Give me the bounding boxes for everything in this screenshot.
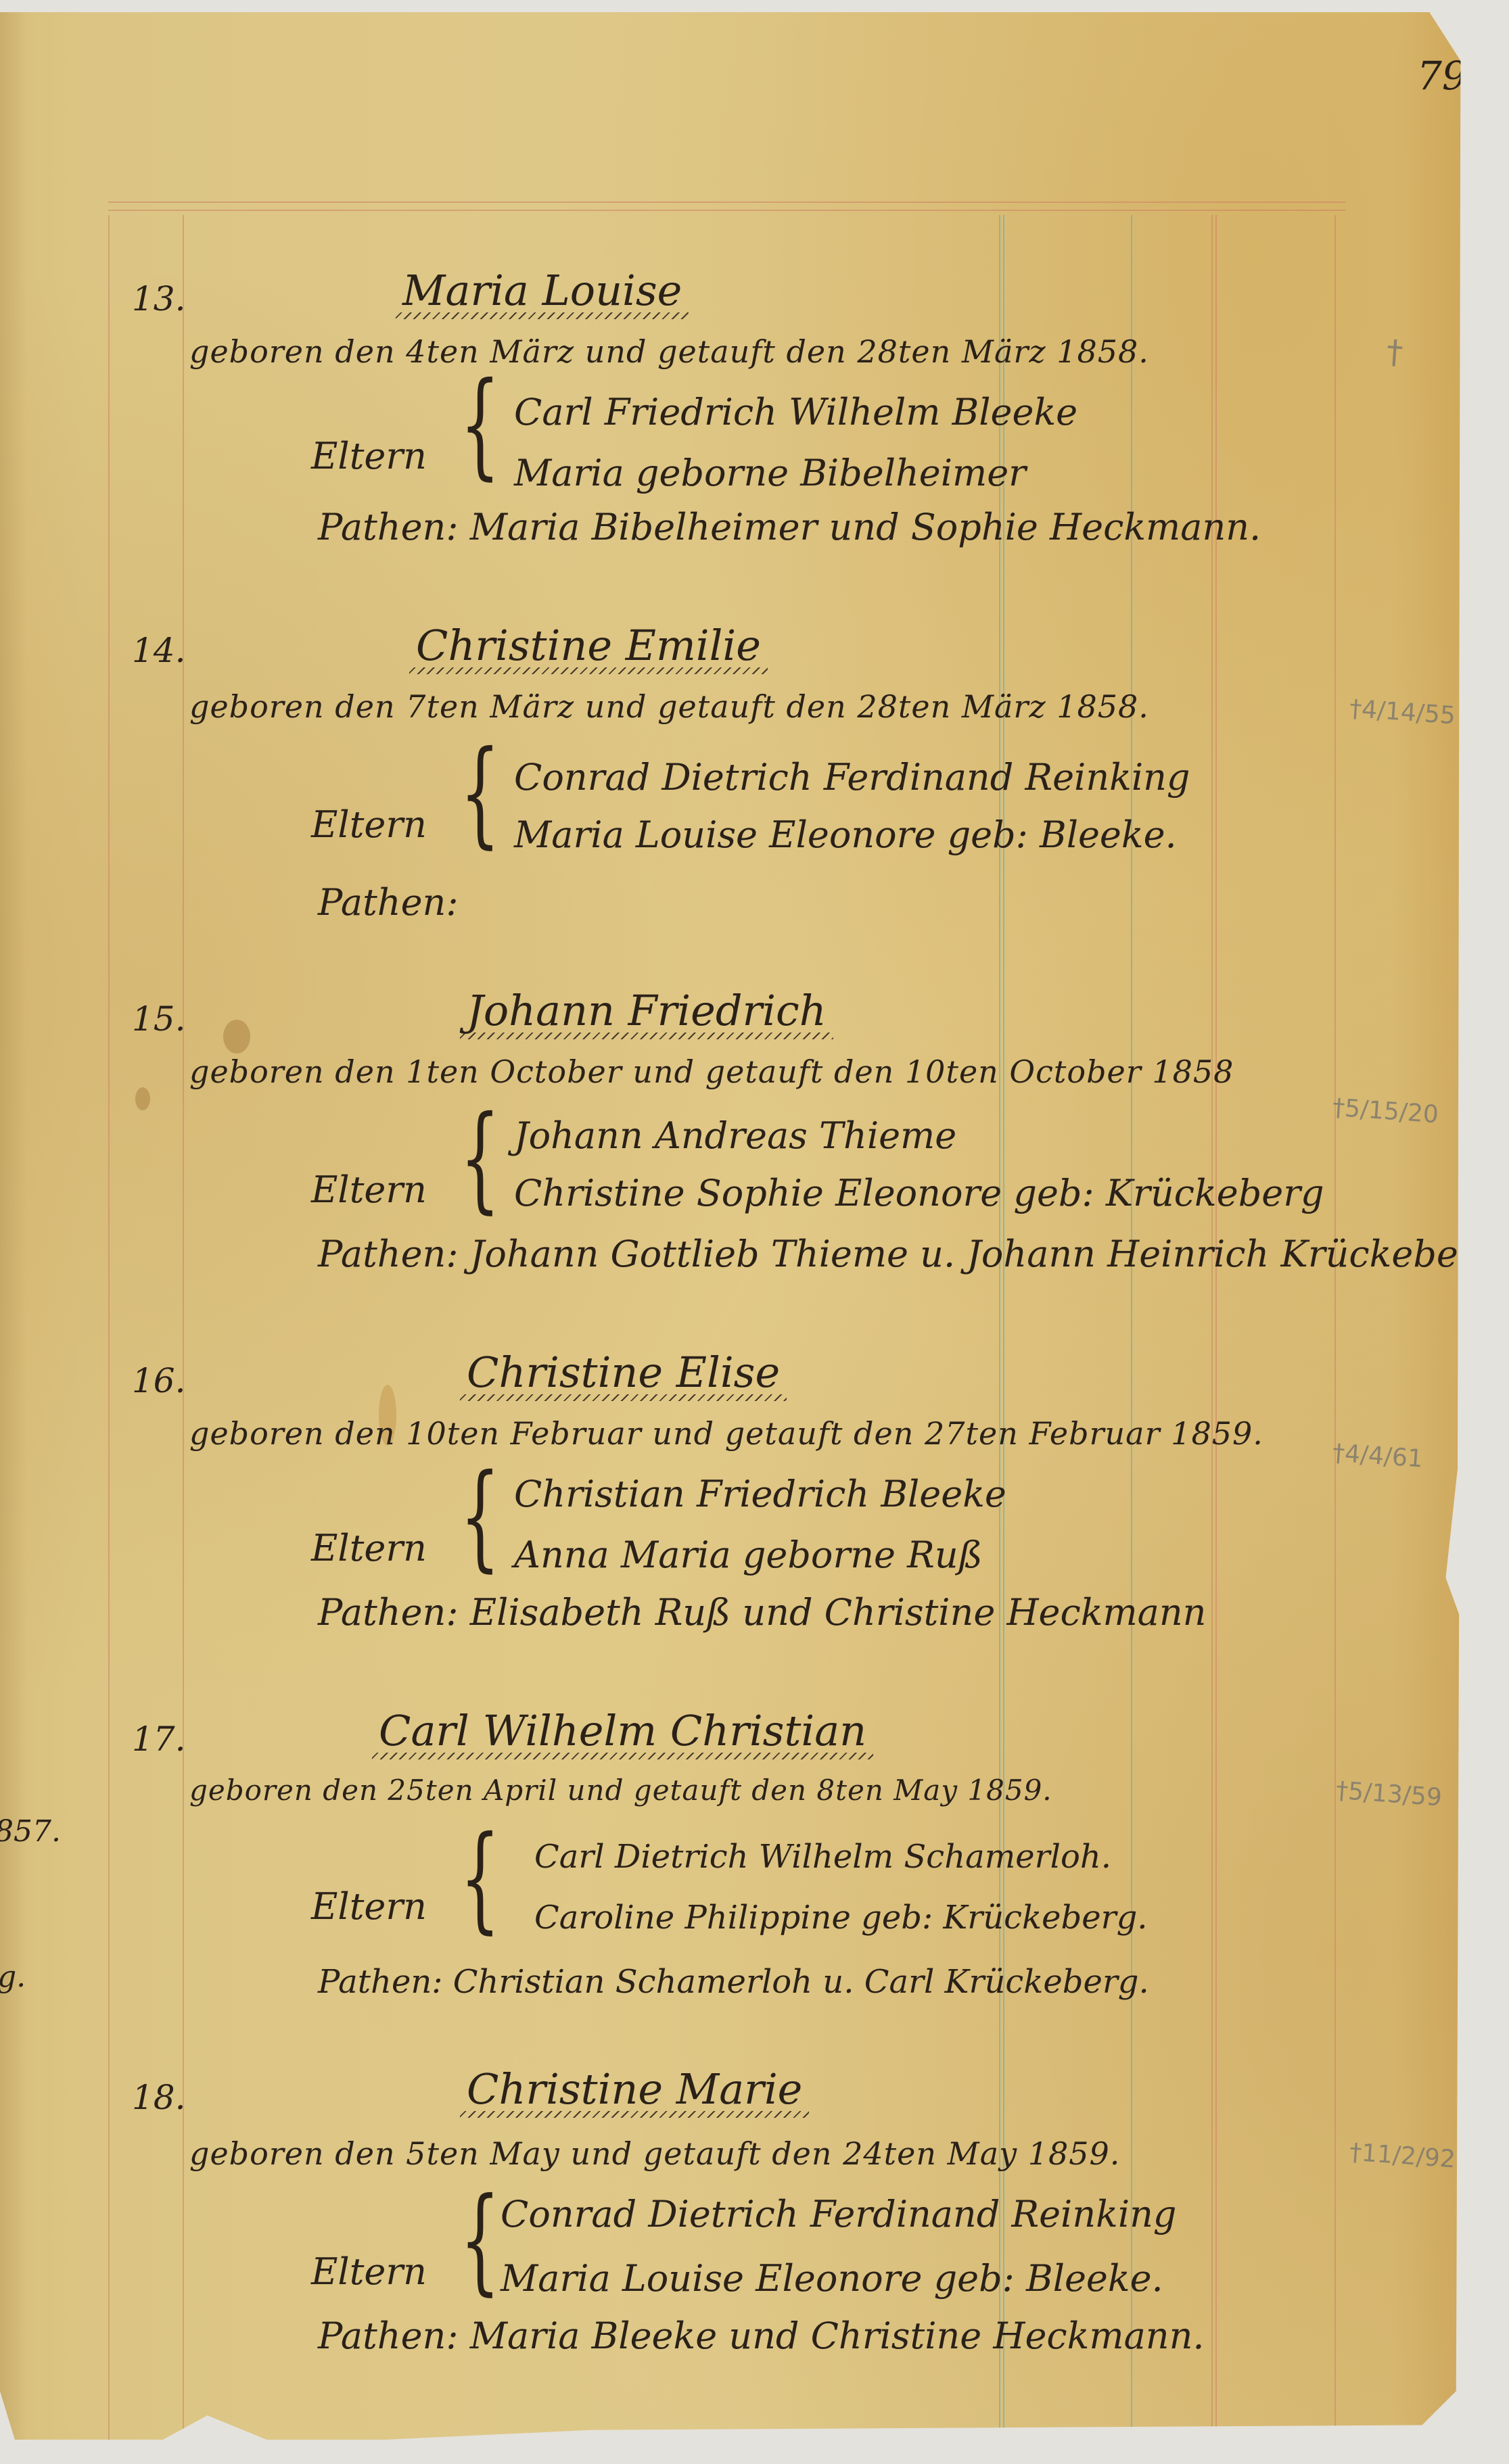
brace: { bbox=[460, 2183, 500, 2298]
stain bbox=[135, 1087, 150, 1110]
mother-name: Maria Louise Eleonore geb: Bleeke. bbox=[514, 813, 1177, 856]
brace: { bbox=[460, 736, 500, 851]
sponsors-line: Pathen: Maria Bleeke und Christine Heckm… bbox=[318, 2315, 1205, 2357]
death-note: †11/2/92 bbox=[1349, 2139, 1456, 2174]
sponsors-names: Maria Bleeke und Christine Heckmann. bbox=[470, 2315, 1205, 2357]
entry-number: 17. bbox=[132, 1720, 186, 1759]
parents-label: Eltern bbox=[311, 2250, 427, 2293]
sponsors-line: Pathen: Johann Gottlieb Thieme u. Johann… bbox=[318, 1233, 1499, 1275]
birth-baptism-line: geboren den 7ten März und getauft den 28… bbox=[189, 688, 1149, 725]
sponsors-label: Pathen: bbox=[318, 881, 459, 924]
column-rule bbox=[1215, 215, 1217, 2440]
binding-edge bbox=[0, 12, 27, 2440]
parents-label: Eltern bbox=[311, 803, 427, 846]
sponsors-line: Pathen: bbox=[318, 881, 459, 924]
birth-baptism-line: geboren den 4ten März und getauft den 28… bbox=[189, 333, 1149, 370]
mother-name: Maria Louise Eleonore geb: Bleeke. bbox=[501, 2257, 1163, 2300]
sponsors-label: Pathen: bbox=[318, 1233, 459, 1275]
death-note: †5/13/59 bbox=[1335, 1777, 1443, 1812]
sponsors-names: Maria Bibelheimer und Sophie Heckmann. bbox=[470, 506, 1261, 548]
facing-page-fragment: g. bbox=[0, 1960, 26, 1994]
death-note: †4/14/55 bbox=[1349, 695, 1456, 730]
brace: { bbox=[460, 367, 500, 482]
page-number: 79, bbox=[1417, 53, 1479, 99]
child-name: Johann Friedrich bbox=[467, 986, 827, 1035]
sponsors-line: Pathen: Maria Bibelheimer und Sophie Hec… bbox=[318, 506, 1261, 548]
sponsors-line: Pathen: Christian Schamerloh u. Carl Krü… bbox=[318, 1963, 1149, 2001]
sponsors-names: Christian Schamerloh u. Carl Krückeberg. bbox=[453, 1963, 1149, 2001]
register-page: 79, 857. g. 13. Maria Louise geboren den… bbox=[0, 12, 1481, 2440]
mother-name: Christine Sophie Eleonore geb: Krückeber… bbox=[514, 1172, 1324, 1214]
sponsors-label: Pathen: bbox=[318, 506, 459, 548]
column-rule bbox=[108, 215, 110, 2440]
child-name: Christine Elise bbox=[467, 1348, 780, 1397]
entry-number: 18. bbox=[132, 2078, 186, 2117]
mother-name: Anna Maria geborne Ruß bbox=[514, 1534, 983, 1576]
death-note: † bbox=[1385, 333, 1404, 372]
facing-page-fragment: 857. bbox=[0, 1814, 61, 1849]
entry-number: 14. bbox=[132, 631, 186, 670]
death-note: †5/15/20 bbox=[1332, 1094, 1439, 1129]
column-rule bbox=[1131, 215, 1132, 2440]
column-rule bbox=[1211, 215, 1213, 2440]
sponsors-label: Pathen: bbox=[318, 2315, 459, 2357]
death-note: †4/4/61 bbox=[1332, 1439, 1424, 1473]
brace: { bbox=[460, 1459, 500, 1574]
brace: { bbox=[460, 1821, 500, 1936]
mother-name: Caroline Philippine geb: Krückeberg. bbox=[534, 1899, 1148, 1937]
child-name: Christine Marie bbox=[467, 2064, 802, 2114]
sponsors-line: Pathen: Elisabeth Ruß und Christine Heck… bbox=[318, 1591, 1206, 1634]
birth-baptism-line: geboren den 1ten October und getauft den… bbox=[189, 1053, 1234, 1090]
column-rule bbox=[1334, 215, 1336, 2440]
parents-label: Eltern bbox=[311, 1885, 427, 1928]
father-name: Carl Friedrich Wilhelm Bleeke bbox=[514, 391, 1077, 433]
child-name: Carl Wilhelm Christian bbox=[379, 1706, 866, 1755]
sponsors-label: Pathen: bbox=[318, 1963, 442, 2001]
parents-label: Eltern bbox=[311, 435, 427, 477]
father-name: Christian Friedrich Bleeke bbox=[514, 1473, 1006, 1515]
father-name: Conrad Dietrich Ferdinand Reinking bbox=[501, 2193, 1176, 2235]
child-name: Christine Emilie bbox=[416, 621, 761, 670]
entry-number: 15. bbox=[132, 999, 186, 1039]
mother-name: Maria geborne Bibelheimer bbox=[514, 452, 1026, 494]
sponsors-names: Johann Gottlieb Thieme u. Johann Heinric… bbox=[470, 1233, 1500, 1275]
parents-label: Eltern bbox=[311, 1168, 427, 1211]
father-name: Carl Dietrich Wilhelm Schamerloh. bbox=[534, 1838, 1111, 1876]
birth-baptism-line: geboren den 5ten May und getauft den 24t… bbox=[189, 2135, 1120, 2172]
parents-label: Eltern bbox=[311, 1527, 427, 1569]
stain bbox=[223, 1020, 250, 1053]
header-rule-bottom bbox=[108, 210, 1346, 211]
entry-number: 16. bbox=[132, 1361, 186, 1400]
sponsors-names: Elisabeth Ruß und Christine Heckmann bbox=[470, 1591, 1207, 1634]
entry-number: 13. bbox=[132, 279, 186, 318]
brace: { bbox=[460, 1101, 500, 1216]
birth-baptism-line: geboren den 10ten Februar und getauft de… bbox=[189, 1415, 1263, 1452]
column-rule bbox=[1003, 215, 1004, 2440]
sponsors-label: Pathen: bbox=[318, 1591, 459, 1634]
birth-baptism-line: geboren den 25ten April und getauft den … bbox=[189, 1774, 1052, 1807]
header-rule-top bbox=[108, 202, 1346, 203]
column-rule bbox=[999, 215, 1000, 2440]
father-name: Johann Andreas Thieme bbox=[514, 1114, 956, 1157]
child-name: Maria Louise bbox=[402, 266, 682, 315]
father-name: Conrad Dietrich Ferdinand Reinking bbox=[514, 756, 1190, 799]
